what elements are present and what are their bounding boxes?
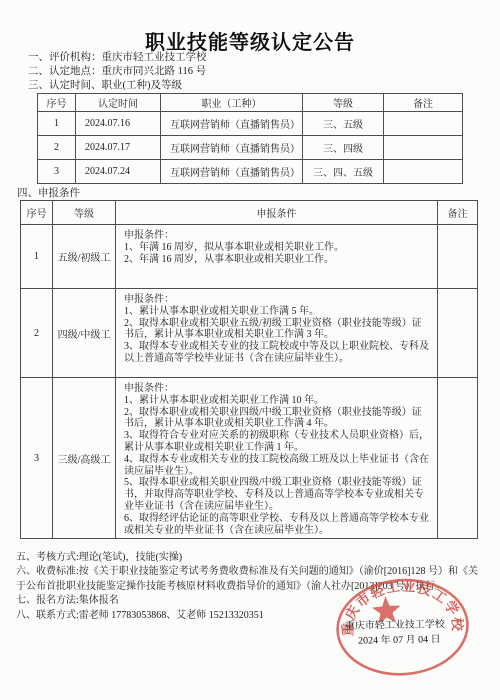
intro-line-evaluator: 一、评价机构：重庆市轻工业技工学校 [28,51,207,65]
footer-line-fees: 六、收费标准:按《关于职业技能鉴定考试考务费收费标准及有关问题的通知》（渝价[2… [16,565,484,594]
schedule-header-row: 序号 认定时间 职业（工种） 等级 备注 [38,94,463,112]
intro-lines: 一、评价机构：重庆市轻工业技工学校 二、认定地点：重庆市同兴北路 116 号 三… [28,51,207,94]
cell-note [438,225,478,289]
cell-occupation: 互联网营销师（直播销售员） [161,160,303,184]
cell-occupation: 互联网营销师（直播销售员） [161,136,303,160]
table-row: 2 2024.07.17 互联网营销师（直播销售员） 三、四级 [38,136,463,160]
intro-line-location: 二、认定地点：重庆市同兴北路 116 号 [28,65,207,79]
cell-date: 2024.07.17 [76,136,161,160]
footer-notes: 五、考核方式:理论(笔试)，技能(实操) 六、收费标准:按《关于职业技能鉴定考试… [16,551,484,623]
col-header-note: 备注 [438,201,478,225]
col-header-date: 认定时间 [76,94,161,112]
signature-block: 重庆市轻工业技工学校 2024 年 07 月 04 日 [345,618,445,649]
col-header-no: 序号 [38,94,76,112]
cell-date: 2024.07.16 [76,112,161,136]
cell-note [384,136,463,160]
cell-level: 三、四、五级 [303,160,384,184]
footer-line-registration: 七、报名方法:集体报名 [16,594,484,608]
table-row: 2 四级/中级工 申报条件： 1、累计从事本职业或相关职业工作满 5 年。 2、… [21,289,478,378]
signature-date: 2024 年 07 月 04 日 [345,633,445,649]
intro-line-schedule: 三、认定时间、职业(工种)及等级 [28,79,207,93]
cell-note [384,112,463,136]
conditions-header-row: 序号 等级 申报条件 备注 [21,201,478,225]
col-header-note: 备注 [384,94,463,112]
col-header-level: 等级 [53,201,116,225]
cell-conditions: 申报条件： 1、累计从事本职业或相关职业工作满 10 年。 2、取得本职业或相关… [116,378,438,539]
col-header-conditions: 申报条件 [116,201,438,225]
cell-level: 三、四级 [303,136,384,160]
cell-level: 三、五级 [303,112,384,136]
cell-note [438,289,478,378]
table-row: 3 三级/高级工 申报条件： 1、累计从事本职业或相关职业工作满 10 年。 2… [21,378,478,539]
cell-level: 三级/高级工 [53,378,116,539]
cell-no: 1 [38,112,76,136]
cell-no: 3 [21,378,53,539]
schedule-table: 序号 认定时间 职业（工种） 等级 备注 1 2024.07.16 互联网营销师… [37,93,463,184]
cell-conditions: 申报条件： 1、年满 16 周岁，拟从事本职业或相关职业工作。 2、年满 16 … [116,225,438,289]
cell-date: 2024.07.24 [76,160,161,184]
cell-note [384,160,463,184]
cell-conditions: 申报条件： 1、累计从事本职业或相关职业工作满 5 年。 2、取得本职业或相关职… [116,289,438,378]
cell-no: 3 [38,160,76,184]
cell-occupation: 互联网营销师（直播销售员） [161,112,303,136]
cell-level: 四级/中级工 [53,289,116,378]
table-row: 1 五级/初级工 申报条件： 1、年满 16 周岁，拟从事本职业或相关职业工作。… [21,225,478,289]
col-header-level: 等级 [303,94,384,112]
cell-no: 2 [38,136,76,160]
section-title-conditions: 四、申报条件 [17,185,80,200]
table-row: 1 2024.07.16 互联网营销师（直播销售员） 三、五级 [38,112,463,136]
conditions-table: 序号 等级 申报条件 备注 1 五级/初级工 申报条件： 1、年满 16 周岁，… [20,200,478,539]
footer-line-exam-method: 五、考核方式:理论(笔试)，技能(实操) [16,551,484,565]
cell-level: 五级/初级工 [53,225,116,289]
table-row: 3 2024.07.24 互联网营销师（直播销售员） 三、四、五级 [38,160,463,184]
cell-no: 1 [21,225,53,289]
col-header-occupation: 职业（工种） [161,94,303,112]
col-header-no: 序号 [21,201,53,225]
cell-no: 2 [21,289,53,378]
cell-note [438,378,478,539]
announcement-document: { "page": { "title": "职业技能等级认定公告", "intr… [0,0,500,700]
signature-org: 重庆市轻工业技工学校 [345,618,445,634]
